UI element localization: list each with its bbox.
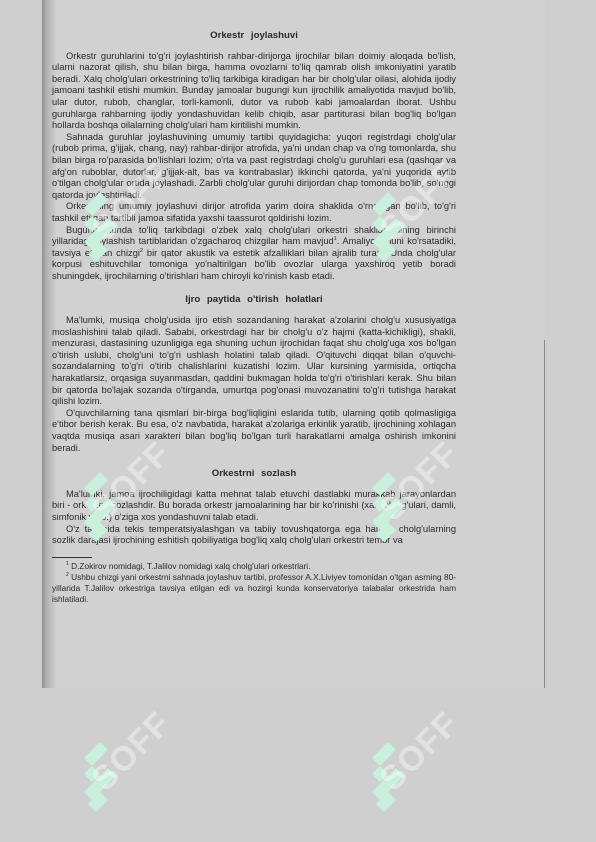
- paragraph: O'z tarkibida tekis temperatsiyalashgan …: [52, 524, 456, 547]
- page-right-edge: [544, 340, 545, 688]
- paragraph: Ma'lumki, musiqa cholg'usida ijro etish …: [52, 315, 456, 408]
- soff-logo-icon: [366, 740, 406, 820]
- footnote-2: 2 Ushbu chizgi yani orkestrni sahnada jo…: [52, 572, 456, 606]
- footnote-text: Ushbu chizgi yani orkestrni sahnada joyl…: [52, 572, 456, 604]
- footnote-divider: [52, 557, 92, 558]
- soff-logo-icon: [78, 740, 118, 820]
- paragraph: Sahnada guruhlar joylashuvining umumiy t…: [52, 132, 456, 202]
- paragraph-with-footnote-refs: Bugungi kunda to'liq tarkibdagi o'zbek x…: [52, 225, 456, 283]
- paragraph: Ma'lumki, jamoa ijrochiligidagi katta me…: [52, 489, 456, 524]
- soff-watermark-text: SOFF: [84, 704, 179, 799]
- page-content: Orkestr joylashuvi Orkestr guruhlarini t…: [52, 30, 456, 606]
- soff-watermark-text: SOFF: [372, 704, 467, 799]
- footnote-text: D.Zokirov nomidagi, T.Jalilov nomidagi x…: [69, 561, 311, 571]
- paragraph: Orkestr guruhlarini to'g'ri joylashtiris…: [52, 51, 456, 132]
- section-heading-orchestra-layout: Orkestr joylashuvi: [52, 30, 456, 42]
- paragraph: O'quvchilarning tana qismlari bir-birga …: [52, 408, 456, 454]
- section-heading-orchestra-tuning: Orkestrni sozlash: [52, 468, 456, 480]
- section-heading-sitting-posture: Ijro paytida o'tirish holatlari: [52, 294, 456, 306]
- footnote-1: 1 D.Zokirov nomidagi, T.Jalilov nomidagi…: [52, 561, 456, 572]
- paragraph: Orkestrning umumiy joylashuvi dirijor at…: [52, 201, 456, 224]
